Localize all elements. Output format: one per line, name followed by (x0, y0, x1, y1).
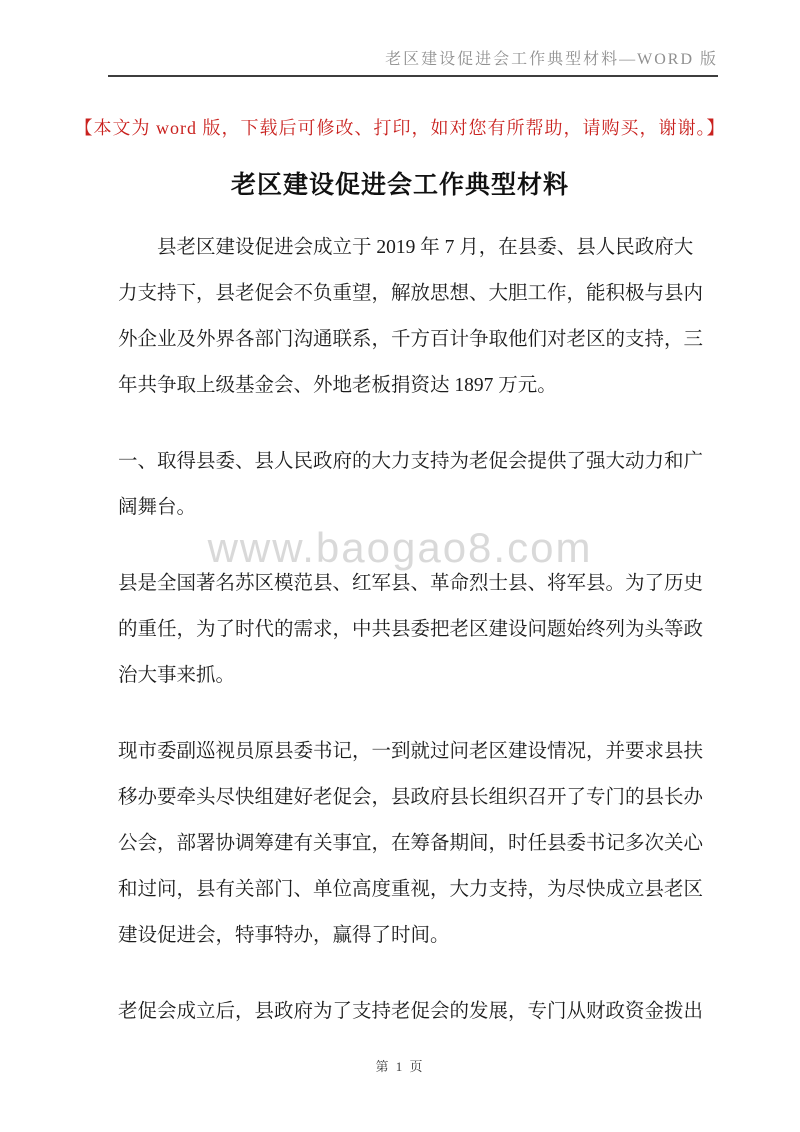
page-number: 第 1 页 (0, 1056, 800, 1075)
header-title-text: 老区建设促进会工作典型材料—WORD 版 (385, 51, 718, 68)
paragraph-funding: 老促会成立后，县政府为了支持老促会的发展，专门从财政资金拨出 (118, 989, 708, 1035)
document-page: 老区建设促进会工作典型材料—WORD 版 【本文为 word 版，下载后可修改、… (0, 0, 800, 1132)
paragraph-leadership-support: 现市委副巡视员原县委书记，一到就过问老区建设情况，并要求县扶移办要牵头尽快组建好… (118, 729, 708, 959)
document-title: 老区建设促进会工作典型材料 (0, 168, 800, 204)
paragraph-county-history: 县是全国著名苏区模范县、红军县、革命烈士县、将军县。为了历史的重任，为了时代的需… (118, 561, 708, 699)
purchase-notice: 【本文为 word 版，下载后可修改、打印，如对您有所帮助，请购买，谢谢。】 (0, 114, 800, 142)
paragraph-intro: 县老区建设促进会成立于 2019 年 7 月，在县委、县人民政府大力支持下，县老… (118, 225, 708, 409)
document-body: 县老区建设促进会成立于 2019 年 7 月，在县委、县人民政府大力支持下，县老… (118, 225, 708, 1065)
page-header: 老区建设促进会工作典型材料—WORD 版 (108, 46, 718, 77)
paragraph-section-heading: 一、取得县委、县人民政府的大力支持为老促会提供了强大动力和广阔舞台。 (118, 439, 708, 531)
